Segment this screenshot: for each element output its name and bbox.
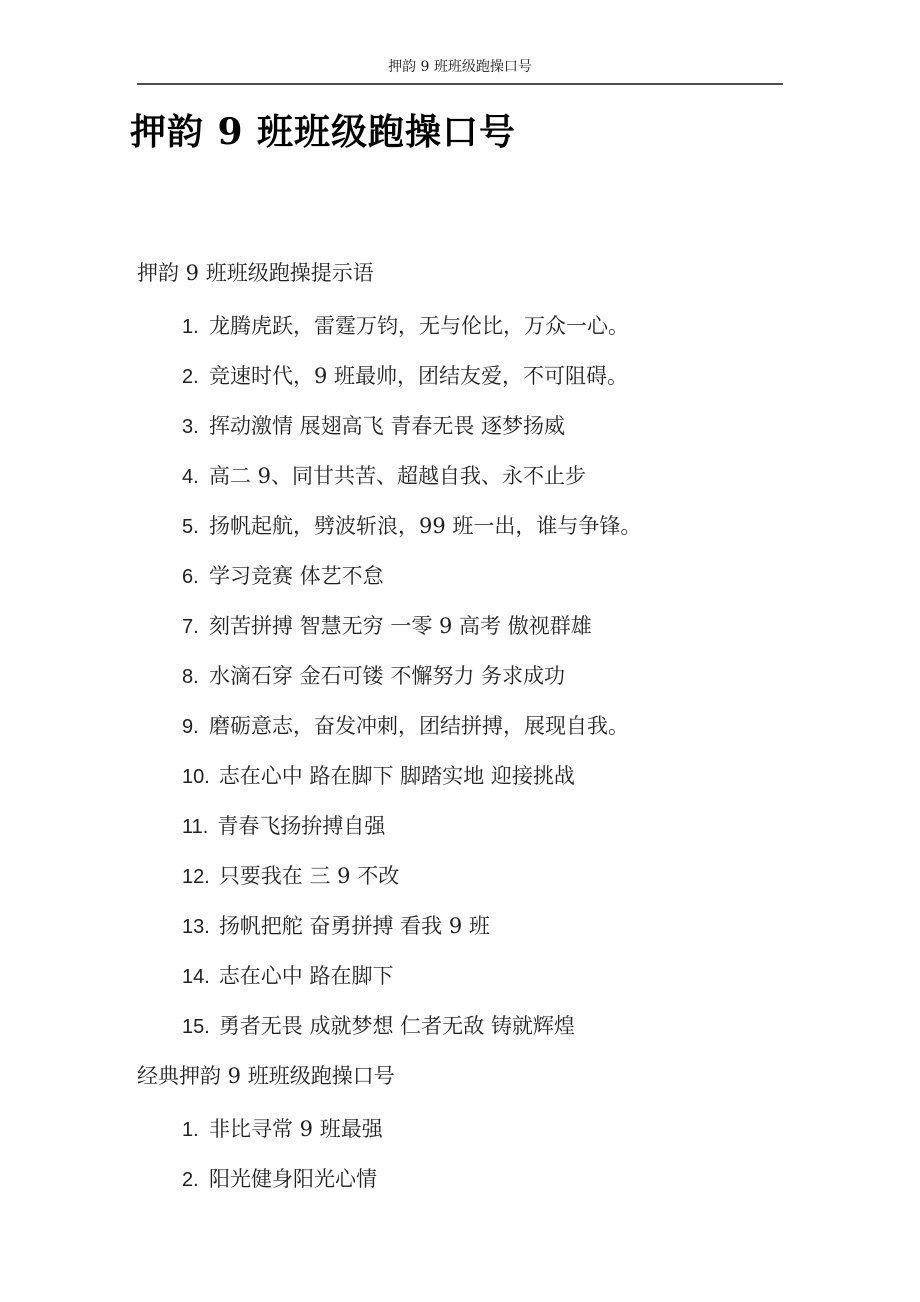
list-item-s2-1: 1. 非比寻常 9 班最强	[137, 1115, 783, 1145]
list-text: 志在心中 路在脚下	[219, 962, 394, 991]
list-item-6: 6. 学习竞赛 体艺不怠	[137, 562, 783, 592]
list-number: 9.	[182, 713, 200, 742]
list-text: 挥动激情 展翅高飞 青春无畏 逐梦扬威	[209, 412, 565, 441]
list-number: 2.	[182, 363, 200, 392]
list-item-8: 8. 水滴石穿 金石可镂 不懈努力 务求成功	[137, 662, 783, 692]
list-item-14: 14. 志在心中 路在脚下	[137, 962, 783, 992]
list-item-13: 13. 扬帆把舵 奋勇拼搏 看我 9 班	[137, 912, 783, 942]
list-text: 勇者无畏 成就梦想 仁者无敌 铸就辉煌	[219, 1012, 575, 1041]
list-number: 11.	[182, 813, 208, 842]
page-header: 押韵 9 班班级跑操口号	[137, 0, 783, 85]
list-item-5: 5. 扬帆起航，劈波斩浪，99 班一出，谁与争锋。	[137, 512, 783, 542]
list-text: 志在心中 路在脚下 脚踏实地 迎接挑战	[219, 762, 575, 791]
list-number: 12.	[182, 863, 210, 892]
header-title: 押韵 9 班班级跑操口号	[137, 57, 783, 85]
list-item-4: 4. 高二 9、同甘共苦、超越自我、永不止步	[137, 462, 783, 492]
section-1-heading: 押韵 9 班班级跑操提示语	[137, 259, 783, 288]
document-page: 押韵 9 班班级跑操口号 押韵 9 班班级跑操口号 押韵 9 班班级跑操提示语 …	[0, 0, 920, 1302]
list-item-11: 11. 青春飞扬拚搏自强	[137, 812, 783, 842]
list-item-2: 2. 竞速时代，9 班最帅，团结友爱，不可阻碍。	[137, 362, 783, 392]
list-number: 14.	[182, 963, 210, 992]
list-text: 磨砺意志，奋发冲刺，团结拼搏，展现自我。	[209, 712, 629, 741]
list-text: 水滴石穿 金石可镂 不懈努力 务求成功	[209, 662, 565, 691]
list-number: 3.	[182, 413, 200, 442]
list-text: 青春飞扬拚搏自强	[217, 812, 385, 841]
list-item-7: 7. 刻苦拼搏 智慧无穷 一零 9 高考 傲视群雄	[137, 612, 783, 642]
list-number: 7.	[182, 613, 200, 642]
list-text: 非比寻常 9 班最强	[209, 1115, 383, 1144]
list-text: 刻苦拼搏 智慧无穷 一零 9 高考 傲视群雄	[209, 612, 592, 641]
list-item-3: 3. 挥动激情 展翅高飞 青春无畏 逐梦扬威	[137, 412, 783, 442]
list-number: 1.	[182, 1116, 200, 1145]
document-body: 押韵 9 班班级跑操提示语 1. 龙腾虎跃，雷霆万钧，无与伦比，万众一心。 2.…	[137, 259, 783, 1195]
list-number: 2.	[182, 1166, 200, 1195]
list-text: 竞速时代，9 班最帅，团结友爱，不可阻碍。	[209, 362, 628, 391]
list-text: 扬帆起航，劈波斩浪，99 班一出，谁与争锋。	[209, 512, 641, 541]
list-number: 8.	[182, 663, 200, 692]
list-item-9: 9. 磨砺意志，奋发冲刺，团结拼搏，展现自我。	[137, 712, 783, 742]
list-text: 只要我在 三 9 不改	[219, 862, 399, 891]
list-text: 阳光健身阳光心情	[209, 1165, 377, 1194]
list-item-15: 15. 勇者无畏 成就梦想 仁者无敌 铸就辉煌	[137, 1012, 783, 1042]
list-number: 6.	[182, 563, 200, 592]
list-number: 4.	[182, 463, 200, 492]
list-text: 龙腾虎跃，雷霆万钧，无与伦比，万众一心。	[209, 312, 629, 341]
list-item-12: 12. 只要我在 三 9 不改	[137, 862, 783, 892]
list-item-s2-2: 2. 阳光健身阳光心情	[137, 1165, 783, 1195]
list-text: 高二 9、同甘共苦、超越自我、永不止步	[209, 462, 586, 491]
list-item-1: 1. 龙腾虎跃，雷霆万钧，无与伦比，万众一心。	[137, 312, 783, 342]
list-number: 5.	[182, 513, 200, 542]
page-title: 押韵 9 班班级跑操口号	[0, 107, 646, 157]
list-text: 扬帆把舵 奋勇拼搏 看我 9 班	[219, 912, 490, 941]
list-number: 13.	[182, 913, 210, 942]
section-2-heading: 经典押韵 9 班班级跑操口号	[137, 1062, 783, 1091]
list-text: 学习竞赛 体艺不怠	[209, 562, 384, 591]
list-item-10: 10. 志在心中 路在脚下 脚踏实地 迎接挑战	[137, 762, 783, 792]
list-number: 10.	[182, 763, 210, 792]
list-number: 15.	[182, 1013, 210, 1042]
list-number: 1.	[182, 313, 200, 342]
